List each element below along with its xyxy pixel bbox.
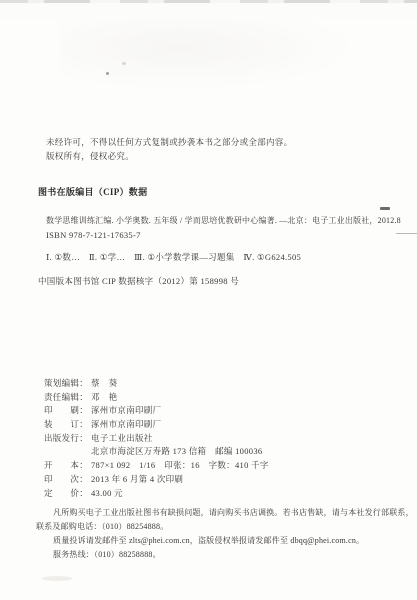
cip-description: 数学思维训练汇编. 小学奥数. 五年级 / 学而思培优教研中心编著. —北京：电… <box>46 215 401 226</box>
book-copyright-page: 未经许可，不得以任何方式复制或抄袭本书之部分或全部内容。 版权所有，侵权必究。 … <box>0 0 417 600</box>
cip-isbn: ISBN 978-7-121-17635-7 <box>46 230 141 240</box>
scan-line-artifact <box>396 233 417 234</box>
imprint-row-price: 定 价：43.00 元 <box>44 487 269 501</box>
imprint-row-publisher: 出版发行：电子工业出版社 <box>44 432 269 446</box>
cip-heading: 图书在版编目（CIP）数据 <box>38 185 147 198</box>
scan-dash-artifact <box>380 207 390 210</box>
service-line-exchange: 凡所购买电子工业出版社图书有缺损问题，请向购买书店调换。若书店售缺，请与本社发行… <box>36 506 414 520</box>
service-line-email: 质量投诉请发邮件至 zlts@phei.com.cn，盗版侵权举报请发邮件至 d… <box>36 534 414 548</box>
imprint-row-responsible-editor: 责任编辑：邓 艳 <box>44 391 269 405</box>
cip-record-number: 中国版本图书馆 CIP 数据核字（2012）第 158998 号 <box>38 275 239 287</box>
imprint-value: 2013 年 6 月第 4 次印刷 <box>91 474 183 484</box>
imprint-label: 定 价： <box>44 487 91 501</box>
imprint-row-printer: 印 刷：涿州市京南印刷厂 <box>44 404 269 418</box>
imprint-label: 开 本： <box>44 459 91 473</box>
service-line-hotline: 服务热线：（010）88258888。 <box>36 548 414 562</box>
service-info-block: 凡所购买电子工业出版社图书有缺损问题，请向购买书店调换。若书店售缺，请与本社发行… <box>36 506 414 562</box>
copyright-notice-line2: 版权所有，侵权必究。 <box>46 150 134 162</box>
copyright-notice-line1: 未经许可，不得以任何方式复制或抄袭本书之部分或全部内容。 <box>46 136 292 148</box>
service-line-phone: 联系及邮购电话：（010）88254888。 <box>36 520 414 534</box>
scan-smudge <box>42 576 72 581</box>
imprint-value: 电子工业出版社 <box>91 433 153 443</box>
imprint-row-binder: 装 订：涿州市京南印刷厂 <box>44 418 269 432</box>
cip-classification: Ⅰ. ①数… Ⅱ. ①学… Ⅲ. ①小学数学课—习题集 Ⅳ. ①G624.505 <box>46 251 301 263</box>
show-through-ghost <box>60 20 360 90</box>
imprint-label: 责任编辑： <box>44 391 91 405</box>
imprint-label: 策划编辑： <box>44 377 91 391</box>
imprint-value: 涿州市京南印刷厂 <box>91 405 161 415</box>
imprint-value: 787×1 092 1/16 印张：16 字数：410 千字 <box>91 460 269 470</box>
imprint-label: 装 订： <box>44 418 91 432</box>
imprint-row-format: 开 本：787×1 092 1/16 印张：16 字数：410 千字 <box>44 459 269 473</box>
imprint-value: 北京市海淀区万寿路 173 信箱 邮编 100036 <box>91 446 262 456</box>
scan-edge-artifact <box>0 0 417 3</box>
imprint-value: 蔡 葵 <box>91 378 117 388</box>
imprint-value: 43.00 元 <box>91 488 123 498</box>
imprint-row-publisher-address: 北京市海淀区万寿路 173 信箱 邮编 100036 <box>44 445 269 459</box>
scan-speck <box>122 62 126 65</box>
imprint-value: 涿州市京南印刷厂 <box>91 419 161 429</box>
imprint-row-planning-editor: 策划编辑：蔡 葵 <box>44 377 269 391</box>
imprint-label: 出版发行： <box>44 432 91 446</box>
imprint-row-print-run: 印 次：2013 年 6 月第 4 次印刷 <box>44 473 269 487</box>
imprint-value: 邓 艳 <box>91 392 117 402</box>
scan-speck <box>106 72 109 75</box>
imprint-label: 印 次： <box>44 473 91 487</box>
imprint-label: 印 刷： <box>44 404 91 418</box>
imprint-block: 策划编辑：蔡 葵 责任编辑：邓 艳 印 刷：涿州市京南印刷厂 装 订：涿州市京南… <box>44 377 269 500</box>
